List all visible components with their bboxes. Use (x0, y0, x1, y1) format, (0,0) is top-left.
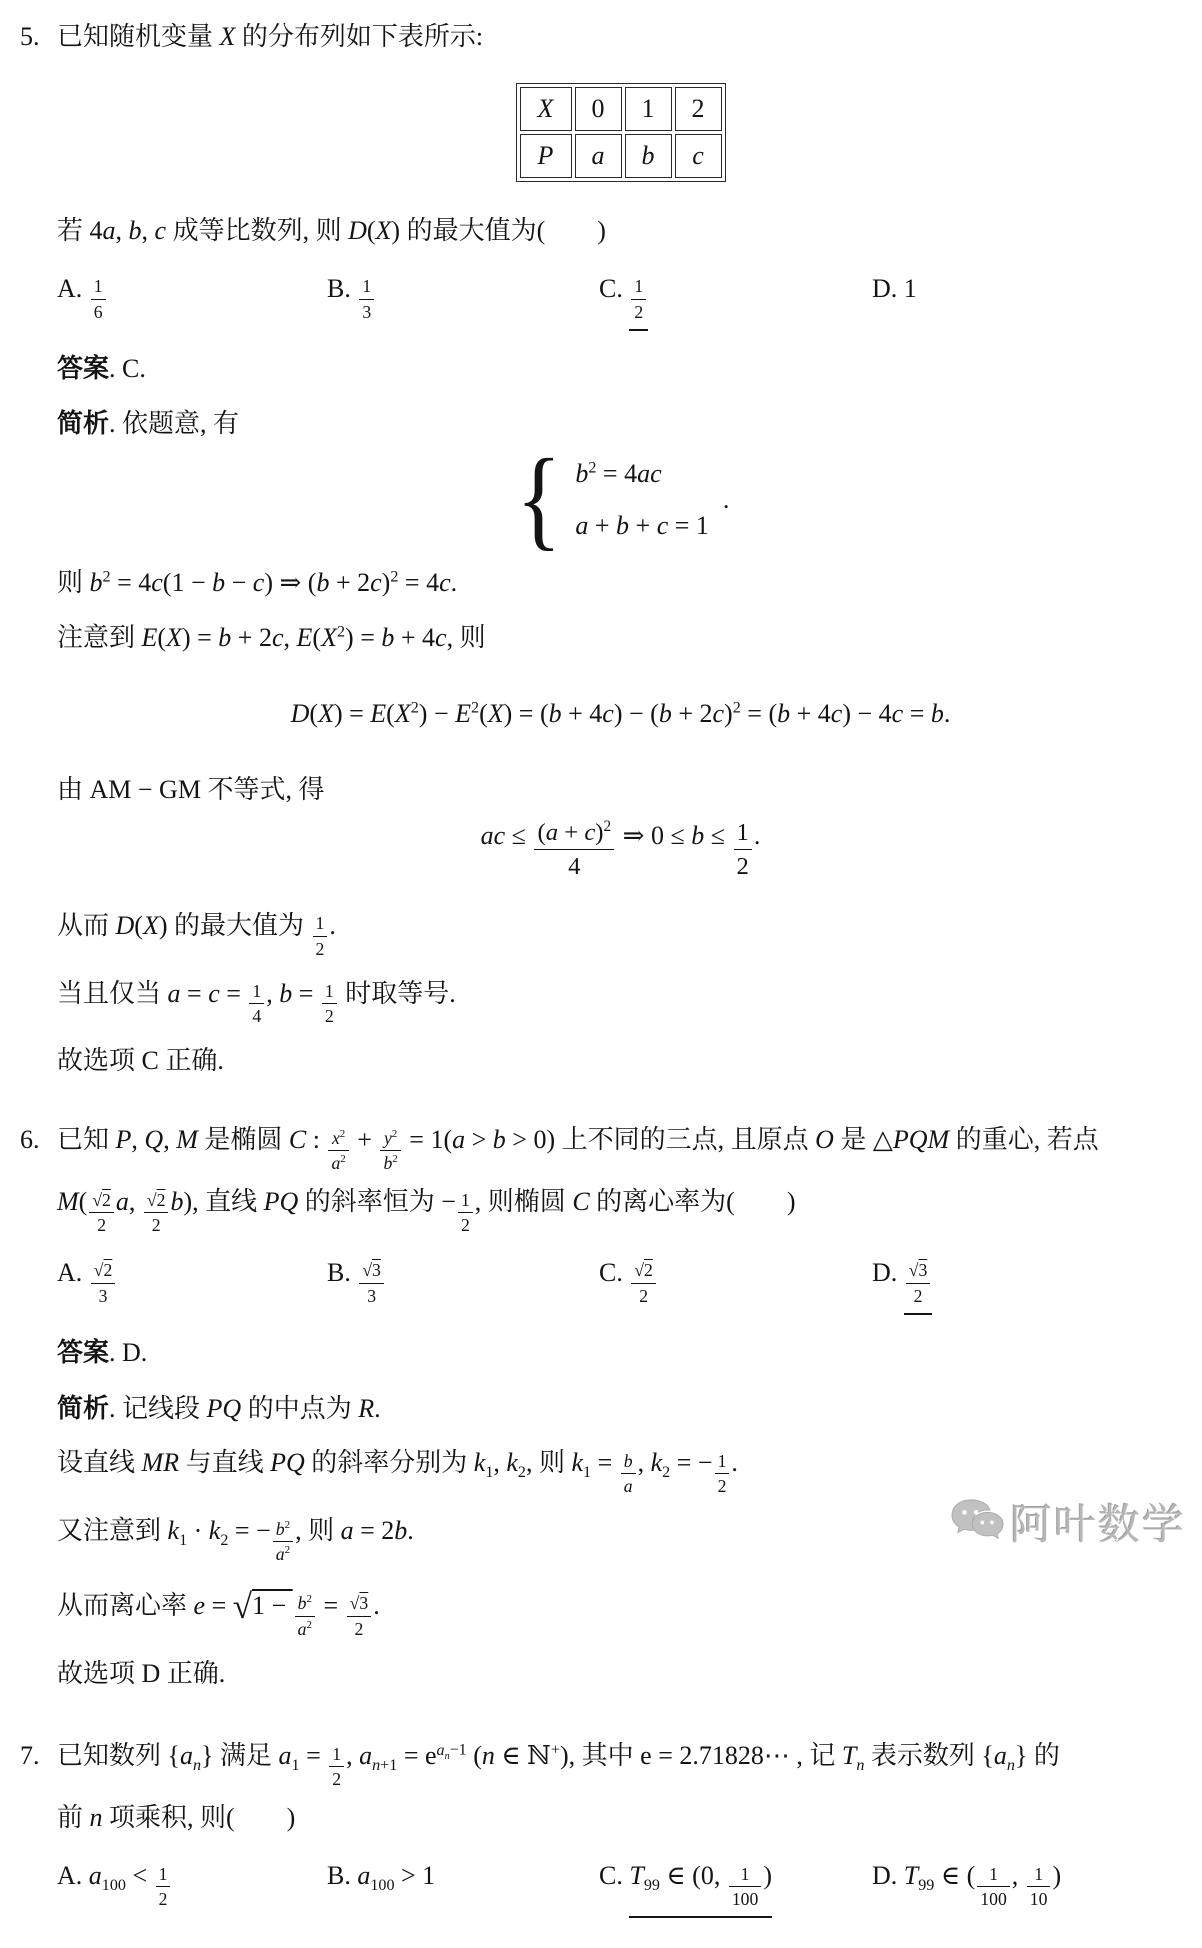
cases-period: . (723, 485, 730, 515)
problem-6-options: A. √23 B. √33 C. √22 D. √32 (57, 1255, 1184, 1315)
q5-display-variance: D(X) = E(X2) − E2(X) = (b + 4c) − (b + 2… (57, 694, 1184, 733)
q5-line-max: 从而 D(X) 的最大值为 12. (57, 905, 1184, 961)
problem-7-stem-2: 前 n 项乘积, 则( ) (57, 1797, 1184, 1840)
table-row: P a b c (520, 134, 722, 178)
q6-line-eccentricity: 从而离心率 e = √1 − b2a2 = √32. (57, 1578, 1184, 1641)
distribution-table: X 0 1 2 P a b c (516, 83, 726, 182)
q5-line-amgm: 由 AM − GM 不等式, 得 (57, 769, 1184, 812)
cases-row-1: b2 = 4ac (575, 459, 709, 489)
wechat-icon (948, 1496, 1006, 1548)
answer-label: 答案 (57, 353, 109, 383)
q6-line-slopes: 设直线 MR 与直线 PQ 的斜率分别为 k1, k2, 则 k1 = ba, … (57, 1442, 1184, 1498)
problem-5-number: 5. (20, 16, 57, 59)
q5-line-then: 则 b2 = 4c(1 − b − c) ⇒ (b + 2c)2 = 4c. (57, 562, 1184, 605)
problem-6-stem-2: M(√22a, √22b), 直线 PQ 的斜率恒为 −12, 则椭圆 C 的离… (57, 1181, 1184, 1237)
analysis-line: 简析. 依题意, 有 (57, 402, 1184, 446)
answer-value: . C. (109, 354, 146, 383)
option-a: A. 16 (57, 271, 327, 324)
option-b: B. a100 > 1 (327, 1858, 599, 1898)
q5-line-equality: 当且仅当 a = c = 14, b = 12 时取等号. (57, 973, 1184, 1029)
table-cell: P (520, 134, 572, 178)
watermark: 阿叶数学 (948, 1492, 1186, 1552)
table-cell: c (675, 134, 722, 178)
problem-5-options: A. 16 B. 13 C. 12 D. 1 (57, 271, 1184, 331)
option-a: A. a100 < 12 (57, 1858, 327, 1911)
watermark-text: 阿叶数学 (1010, 1492, 1186, 1552)
answer-line: 答案. C. (57, 347, 1184, 391)
problem-7-number: 7. (20, 1735, 57, 1778)
table-cell: a (575, 134, 622, 178)
left-brace: { (516, 454, 562, 546)
q5-line-notice: 注意到 E(X) = b + 2c, E(X2) = b + 4c, 则 (57, 617, 1184, 660)
q6-line-conclusion: 故选项 D 正确. (57, 1653, 1184, 1696)
problem-6-stem-1: 已知 P, Q, M 是椭圆 C : x2a2 + y2b2 = 1(a > b… (57, 1119, 1184, 1175)
analysis-intro: . 依题意, 有 (109, 409, 239, 438)
table-cell: 0 (575, 87, 622, 131)
option-d: D. √32 (872, 1255, 1184, 1315)
option-b: B. √33 (327, 1255, 599, 1308)
option-c: C. T99 ∈ (0, 1100) (599, 1858, 872, 1918)
answer-value: . D. (109, 1338, 147, 1367)
q5-line-conclusion: 故选项 C 正确. (57, 1040, 1184, 1083)
problem-5-stem: 已知随机变量 X 的分布列如下表所示: (57, 16, 1184, 59)
table-row: X 0 1 2 (520, 87, 722, 131)
document-page: 5. 已知随机变量 X 的分布列如下表所示: X 0 1 2 P a b c (0, 0, 1202, 1948)
answer-label: 答案 (57, 1337, 109, 1367)
analysis-line: 简析. 记线段 PQ 的中点为 R. (57, 1387, 1184, 1431)
analysis-intro: . 记线段 PQ 的中点为 R. (109, 1394, 381, 1423)
problem-7-options: A. a100 < 12 B. a100 > 1 C. T99 ∈ (0, 11… (57, 1858, 1184, 1918)
problem-5: 5. 已知随机变量 X 的分布列如下表所示: X 0 1 2 P a b c (20, 16, 1184, 1083)
table-cell: X (520, 87, 572, 131)
answer-line: 答案. D. (57, 1331, 1184, 1375)
option-c: C. 12 (599, 271, 872, 331)
option-a: A. √23 (57, 1255, 327, 1308)
problem-5-question: 若 4a, b, c 成等比数列, 则 D(X) 的最大值为( ) (57, 210, 1184, 253)
cases-row-2: a + b + c = 1 (575, 511, 709, 541)
cases-equation: { b2 = 4ac a + b + c = 1 . (57, 454, 1184, 546)
analysis-label: 简析 (57, 1393, 109, 1423)
option-b: B. 13 (327, 271, 599, 324)
problem-7: 7. 已知数列 {an} 满足 a1 = 12, an+1 = ean−1 (n… (20, 1735, 1184, 1917)
problem-6: 6. 已知 P, Q, M 是椭圆 C : x2a2 + y2b2 = 1(a … (20, 1119, 1184, 1695)
option-c: C. √22 (599, 1255, 872, 1308)
q5-display-amgm: ac ≤ (a + c)24 ⇒ 0 ≤ b ≤ 12. (57, 816, 1184, 883)
problem-7-stem-1: 已知数列 {an} 满足 a1 = 12, an+1 = ean−1 (n ∈ … (57, 1735, 1184, 1791)
option-d: D. T99 ∈ (1100, 110) (872, 1858, 1184, 1911)
analysis-label: 简析 (57, 408, 109, 438)
option-d: D. 1 (872, 271, 1184, 307)
table-cell: 1 (625, 87, 672, 131)
table-cell: b (625, 134, 672, 178)
problem-6-number: 6. (20, 1119, 57, 1162)
distribution-table-wrap: X 0 1 2 P a b c (57, 83, 1184, 182)
table-cell: 2 (675, 87, 722, 131)
